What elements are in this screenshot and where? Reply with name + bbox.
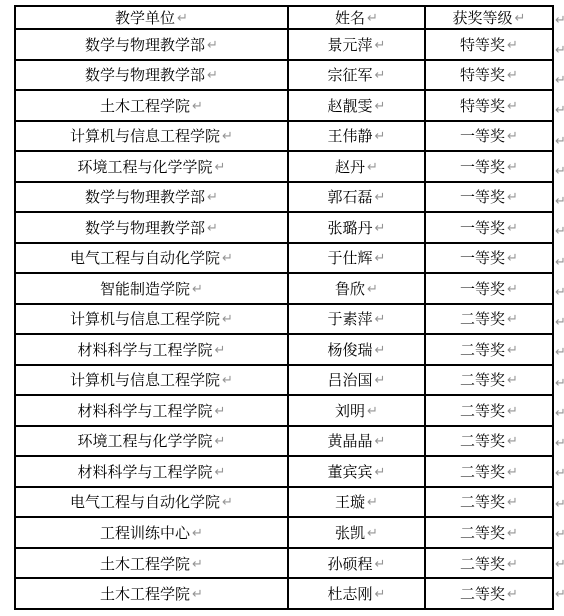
- row-end-mark-icon: ↵: [555, 368, 564, 398]
- table-row: 智能制造学院↵ 鲁欣↵ 一等奖↵: [15, 273, 553, 304]
- cell-unit: 计算机与信息工程学院↵: [15, 304, 288, 335]
- paragraph-mark-icon: ↵: [375, 99, 386, 114]
- unit-text: 电气工程与自动化学院: [70, 493, 220, 511]
- cell-unit: 数学与物理教学部↵: [15, 182, 288, 213]
- paragraph-mark-icon: ↵: [367, 404, 378, 419]
- paragraph-mark-icon: ↵: [375, 68, 386, 83]
- paragraph-mark-icon: ↵: [507, 221, 518, 236]
- name-text: 黄晶晶: [328, 432, 373, 450]
- table-row: 环境工程与化学学院↵ 黄晶晶↵ 二等奖↵: [15, 426, 553, 457]
- paragraph-mark-icon: ↵: [207, 190, 218, 205]
- cell-name: 王璇↵: [288, 487, 425, 518]
- paragraph-mark-icon: ↵: [507, 68, 518, 83]
- award-text: 特等奖: [460, 97, 505, 115]
- cell-unit: 环境工程与化学学院↵: [15, 426, 288, 457]
- row-end-mark-icon: ↵: [555, 187, 564, 217]
- paragraph-mark-icon: ↵: [192, 282, 203, 297]
- cell-award: 二等奖↵: [425, 334, 553, 365]
- table-row: 计算机与信息工程学院↵ 吕治国↵ 二等奖↵: [15, 365, 553, 396]
- paragraph-mark-icon: ↵: [367, 11, 378, 26]
- paragraph-mark-icon: ↵: [367, 160, 378, 175]
- award-text: 二等奖: [460, 524, 505, 542]
- paragraph-mark-icon: ↵: [367, 495, 378, 510]
- award-text: 特等奖: [460, 66, 505, 84]
- table-row: 环境工程与化学学院↵ 赵丹↵ 一等奖↵: [15, 151, 553, 182]
- paragraph-mark-icon: ↵: [367, 282, 378, 297]
- unit-text: 计算机与信息工程学院: [70, 310, 220, 328]
- unit-text: 土木工程学院: [100, 585, 190, 603]
- cell-award: 特等奖↵: [425, 60, 553, 91]
- table-row: 数学与物理教学部↵ 景元萍↵ 特等奖↵: [15, 29, 553, 60]
- cell-unit: 材料科学与工程学院↵: [15, 395, 288, 426]
- table-row: 计算机与信息工程学院↵ 王伟静↵ 一等奖↵: [15, 121, 553, 152]
- award-text: 二等奖: [460, 585, 505, 603]
- cell-award: 二等奖↵: [425, 304, 553, 335]
- paragraph-mark-icon: ↵: [215, 404, 226, 419]
- cell-name: 景元萍↵: [288, 29, 425, 60]
- cell-award: 一等奖↵: [425, 243, 553, 274]
- cell-name: 张凯↵: [288, 517, 425, 548]
- paragraph-mark-icon: ↵: [507, 38, 518, 53]
- row-end-mark-icon: ↵: [555, 580, 564, 610]
- name-text: 王伟静: [328, 127, 373, 145]
- award-text: 二等奖: [460, 371, 505, 389]
- unit-text: 数学与物理教学部: [85, 66, 205, 84]
- cell-unit: 土木工程学院↵: [15, 578, 288, 609]
- cell-award: 二等奖↵: [425, 578, 553, 609]
- row-end-mark-icon: ↵: [555, 247, 564, 277]
- cell-award: 一等奖↵: [425, 121, 553, 152]
- cell-unit: 工程训练中心↵: [15, 517, 288, 548]
- row-end-mark-icon: ↵: [555, 519, 564, 549]
- paragraph-mark-icon: ↵: [507, 99, 518, 114]
- paragraph-mark-icon: ↵: [375, 343, 386, 358]
- award-text: 一等奖: [460, 127, 505, 145]
- paragraph-mark-icon: ↵: [507, 312, 518, 327]
- paragraph-mark-icon: ↵: [507, 495, 518, 510]
- paragraph-mark-icon: ↵: [192, 587, 203, 602]
- row-end-mark-icon: ↵: [555, 459, 564, 489]
- header-cell-unit: 教学单位↵: [15, 6, 288, 29]
- cell-award: 二等奖↵: [425, 487, 553, 518]
- cell-unit: 土木工程学院↵: [15, 90, 288, 121]
- cell-unit: 电气工程与自动化学院↵: [15, 243, 288, 274]
- paragraph-mark-icon: ↵: [222, 312, 233, 327]
- cell-name: 赵靓雯↵: [288, 90, 425, 121]
- row-end-mark-icon: ↵: [555, 277, 564, 307]
- table-row: 电气工程与自动化学院↵ 王璇↵ 二等奖↵: [15, 487, 553, 518]
- table-row: 材料科学与工程学院↵ 杨俊瑞↵ 二等奖↵: [15, 334, 553, 365]
- paragraph-mark-icon: ↵: [507, 251, 518, 266]
- paragraph-mark-icon: ↵: [207, 68, 218, 83]
- paragraph-mark-icon: ↵: [507, 282, 518, 297]
- cell-award: 一等奖↵: [425, 212, 553, 243]
- table-row: 土木工程学院↵ 孙硕程↵ 二等奖↵: [15, 548, 553, 579]
- table-row: 电气工程与自动化学院↵ 于仕辉↵ 一等奖↵: [15, 243, 553, 274]
- table-row: 土木工程学院↵ 杜志刚↵ 二等奖↵: [15, 578, 553, 609]
- row-end-mark-icon: ↵: [555, 338, 564, 368]
- unit-text: 数学与物理教学部: [85, 188, 205, 206]
- paragraph-mark-icon: ↵: [375, 221, 386, 236]
- name-text: 景元萍: [328, 36, 373, 54]
- cell-name: 杨俊瑞↵: [288, 334, 425, 365]
- paragraph-mark-icon: ↵: [375, 557, 386, 572]
- unit-text: 数学与物理教学部: [85, 219, 205, 237]
- paragraph-mark-icon: ↵: [207, 38, 218, 53]
- name-text: 刘明: [335, 402, 365, 420]
- cell-unit: 电气工程与自动化学院↵: [15, 487, 288, 518]
- award-text: 二等奖: [460, 555, 505, 573]
- paragraph-mark-icon: ↵: [507, 404, 518, 419]
- award-text: 特等奖: [460, 36, 505, 54]
- row-end-mark-icon: ↵: [555, 35, 564, 65]
- unit-text: 材料科学与工程学院: [78, 463, 213, 481]
- award-text: 一等奖: [460, 158, 505, 176]
- cell-name: 黄晶晶↵: [288, 426, 425, 457]
- row-end-mark-icon: ↵: [555, 550, 564, 580]
- paragraph-mark-icon: ↵: [375, 434, 386, 449]
- paragraph-mark-icon: ↵: [375, 38, 386, 53]
- paragraph-mark-icon: ↵: [367, 526, 378, 541]
- cell-unit: 计算机与信息工程学院↵: [15, 121, 288, 152]
- cell-award: 二等奖↵: [425, 456, 553, 487]
- paragraph-mark-icon: ↵: [375, 373, 386, 388]
- cell-name: 刘明↵: [288, 395, 425, 426]
- unit-text: 智能制造学院: [100, 280, 190, 298]
- award-text: 二等奖: [460, 341, 505, 359]
- name-text: 吕治国: [328, 371, 373, 389]
- cell-unit: 材料科学与工程学院↵: [15, 334, 288, 365]
- paragraph-mark-icon: ↵: [375, 587, 386, 602]
- cell-name: 郭石磊↵: [288, 182, 425, 213]
- row-end-mark-icon: ↵: [555, 126, 564, 156]
- header-name-label: 姓名: [335, 9, 365, 27]
- paragraph-mark-icon: ↵: [222, 373, 233, 388]
- cell-name: 赵丹↵: [288, 151, 425, 182]
- cell-name: 董宾宾↵: [288, 456, 425, 487]
- name-text: 赵靓雯: [328, 97, 373, 115]
- paragraph-mark-icon: ↵: [507, 129, 518, 144]
- paragraph-mark-icon: ↵: [207, 221, 218, 236]
- header-unit-label: 教学单位: [115, 9, 175, 27]
- name-text: 王璇: [335, 493, 365, 511]
- name-text: 鲁欣: [335, 280, 365, 298]
- paragraph-mark-icon: ↵: [192, 99, 203, 114]
- cell-award: 特等奖↵: [425, 90, 553, 121]
- cell-unit: 环境工程与化学学院↵: [15, 151, 288, 182]
- paragraph-mark-icon: ↵: [375, 312, 386, 327]
- unit-text: 材料科学与工程学院: [78, 341, 213, 359]
- paragraph-mark-icon: ↵: [375, 190, 386, 205]
- cell-award: 特等奖↵: [425, 29, 553, 60]
- paragraph-mark-icon: ↵: [507, 434, 518, 449]
- unit-text: 计算机与信息工程学院: [70, 127, 220, 145]
- unit-text: 数学与物理教学部: [85, 36, 205, 54]
- cell-name: 于素萍↵: [288, 304, 425, 335]
- cell-award: 二等奖↵: [425, 395, 553, 426]
- unit-text: 土木工程学院: [100, 555, 190, 573]
- paragraph-mark-icon: ↵: [375, 465, 386, 480]
- paragraph-mark-icon: ↵: [507, 465, 518, 480]
- name-text: 孙硕程: [328, 555, 373, 573]
- header-award-label: 获奖等级: [453, 9, 513, 27]
- unit-text: 环境工程与化学学院: [78, 432, 213, 450]
- cell-name: 杜志刚↵: [288, 578, 425, 609]
- award-text: 二等奖: [460, 493, 505, 511]
- award-text: 一等奖: [460, 219, 505, 237]
- name-text: 杨俊瑞: [328, 341, 373, 359]
- award-text: 二等奖: [460, 432, 505, 450]
- cell-award: 二等奖↵: [425, 365, 553, 396]
- table-row: 材料科学与工程学院↵ 刘明↵ 二等奖↵: [15, 395, 553, 426]
- paragraph-mark-icon: ↵: [507, 190, 518, 205]
- row-end-mark-icon: ↵: [555, 217, 564, 247]
- cell-award: 一等奖↵: [425, 151, 553, 182]
- paragraph-mark-icon: ↵: [222, 251, 233, 266]
- paragraph-mark-icon: ↵: [177, 11, 188, 26]
- award-text: 二等奖: [460, 402, 505, 420]
- row-end-mark-icon: ↵: [555, 156, 564, 186]
- paragraph-mark-icon: ↵: [192, 557, 203, 572]
- award-text: 二等奖: [460, 463, 505, 481]
- unit-text: 工程训练中心: [100, 524, 190, 542]
- table-row: 土木工程学院↵ 赵靓雯↵ 特等奖↵: [15, 90, 553, 121]
- row-end-mark-icon: ↵: [555, 429, 564, 459]
- unit-text: 土木工程学院: [100, 97, 190, 115]
- cell-unit: 智能制造学院↵: [15, 273, 288, 304]
- paragraph-mark-icon: ↵: [507, 373, 518, 388]
- table-row: 材料科学与工程学院↵ 董宾宾↵ 二等奖↵: [15, 456, 553, 487]
- unit-text: 计算机与信息工程学院: [70, 371, 220, 389]
- paragraph-mark-icon: ↵: [515, 11, 526, 26]
- cell-name: 鲁欣↵: [288, 273, 425, 304]
- row-end-mark-icon: ↵: [555, 398, 564, 428]
- row-end-mark-icon: ↵: [555, 308, 564, 338]
- name-text: 张凯: [335, 524, 365, 542]
- cell-name: 吕治国↵: [288, 365, 425, 396]
- name-text: 张璐丹: [328, 219, 373, 237]
- paragraph-mark-icon: ↵: [222, 129, 233, 144]
- name-text: 郭石磊: [328, 188, 373, 206]
- award-table: 教学单位↵ 姓名↵ 获奖等级↵ 数学与物理教学部↵ 景元萍↵ 特等奖↵ 数学与物…: [14, 5, 554, 610]
- cell-name: 宗征军↵: [288, 60, 425, 91]
- cell-award: 二等奖↵: [425, 426, 553, 457]
- award-text: 一等奖: [460, 280, 505, 298]
- cell-name: 孙硕程↵: [288, 548, 425, 579]
- header-cell-name: 姓名↵: [288, 6, 425, 29]
- name-text: 宗征军: [328, 66, 373, 84]
- name-text: 赵丹: [335, 158, 365, 176]
- table-row: 计算机与信息工程学院↵ 于素萍↵ 二等奖↵: [15, 304, 553, 335]
- row-end-mark-icon: ↵: [555, 489, 564, 519]
- unit-text: 环境工程与化学学院: [78, 158, 213, 176]
- cell-unit: 数学与物理教学部↵: [15, 29, 288, 60]
- table-header-row: 教学单位↵ 姓名↵ 获奖等级↵: [15, 6, 553, 29]
- paragraph-mark-icon: ↵: [375, 251, 386, 266]
- row-end-marks: ↵↵↵↵↵↵↵↵↵↵↵↵↵↵↵↵↵↵↵↵: [555, 5, 564, 610]
- row-end-mark-icon: ↵: [555, 66, 564, 96]
- unit-text: 电气工程与自动化学院: [70, 249, 220, 267]
- cell-award: 二等奖↵: [425, 548, 553, 579]
- row-end-mark-icon: ↵: [555, 96, 564, 126]
- paragraph-mark-icon: ↵: [375, 129, 386, 144]
- row-end-mark-icon: ↵: [555, 5, 564, 35]
- document-page: { "document": { "colors": { "background"…: [0, 0, 564, 616]
- table-row: 工程训练中心↵ 张凯↵ 二等奖↵: [15, 517, 553, 548]
- header-cell-award: 获奖等级↵: [425, 6, 553, 29]
- name-text: 杜志刚: [328, 585, 373, 603]
- cell-name: 张璐丹↵: [288, 212, 425, 243]
- unit-text: 材料科学与工程学院: [78, 402, 213, 420]
- paragraph-mark-icon: ↵: [507, 526, 518, 541]
- cell-unit: 土木工程学院↵: [15, 548, 288, 579]
- cell-unit: 数学与物理教学部↵: [15, 60, 288, 91]
- paragraph-mark-icon: ↵: [215, 160, 226, 175]
- paragraph-mark-icon: ↵: [507, 587, 518, 602]
- award-text: 一等奖: [460, 249, 505, 267]
- cell-award: 一等奖↵: [425, 273, 553, 304]
- paragraph-mark-icon: ↵: [215, 343, 226, 358]
- paragraph-mark-icon: ↵: [507, 343, 518, 358]
- cell-award: 二等奖↵: [425, 517, 553, 548]
- cell-award: 一等奖↵: [425, 182, 553, 213]
- paragraph-mark-icon: ↵: [507, 160, 518, 175]
- paragraph-mark-icon: ↵: [215, 465, 226, 480]
- name-text: 董宾宾: [328, 463, 373, 481]
- name-text: 于仕辉: [328, 249, 373, 267]
- cell-unit: 数学与物理教学部↵: [15, 212, 288, 243]
- cell-unit: 材料科学与工程学院↵: [15, 456, 288, 487]
- cell-unit: 计算机与信息工程学院↵: [15, 365, 288, 396]
- cell-name: 于仕辉↵: [288, 243, 425, 274]
- paragraph-mark-icon: ↵: [215, 434, 226, 449]
- paragraph-mark-icon: ↵: [222, 495, 233, 510]
- table-row: 数学与物理教学部↵ 郭石磊↵ 一等奖↵: [15, 182, 553, 213]
- cell-name: 王伟静↵: [288, 121, 425, 152]
- paragraph-mark-icon: ↵: [192, 526, 203, 541]
- paragraph-mark-icon: ↵: [507, 557, 518, 572]
- award-text: 一等奖: [460, 188, 505, 206]
- name-text: 于素萍: [328, 310, 373, 328]
- table-row: 数学与物理教学部↵ 张璐丹↵ 一等奖↵: [15, 212, 553, 243]
- table-row: 数学与物理教学部↵ 宗征军↵ 特等奖↵: [15, 60, 553, 91]
- award-text: 二等奖: [460, 310, 505, 328]
